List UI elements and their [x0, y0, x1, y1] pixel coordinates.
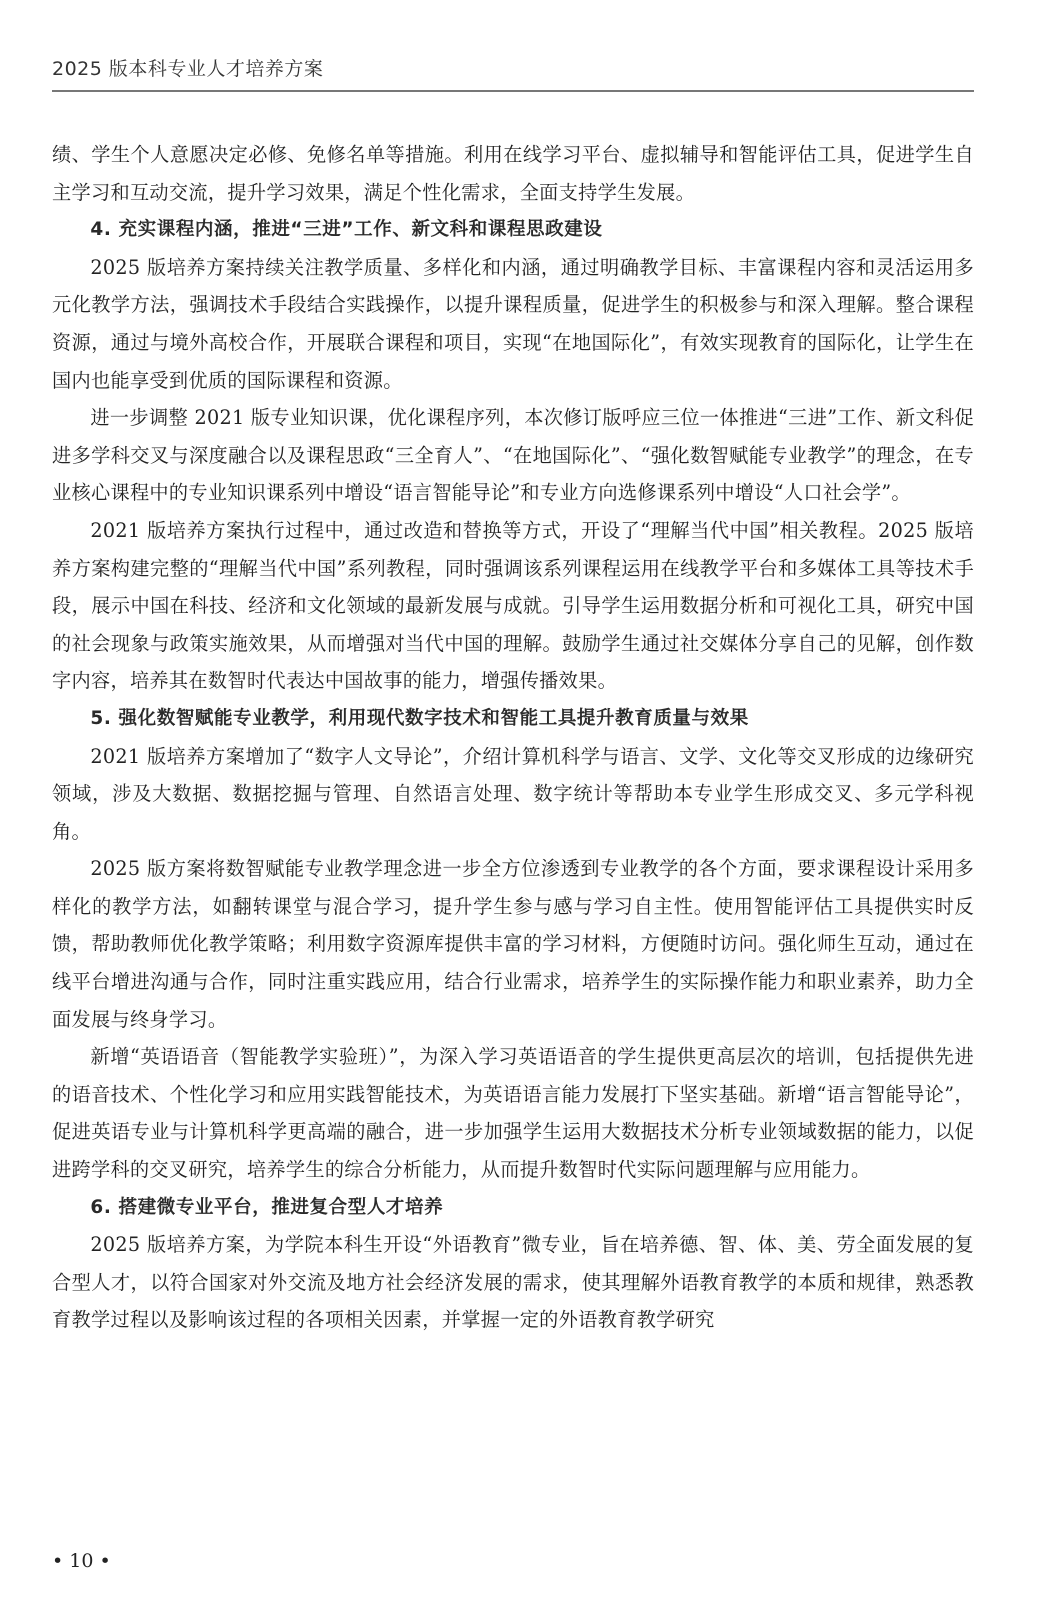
paragraph: 新增“英语语音（智能教学实验班）”，为深入学习英语语音的学生提供更高层次的培训，… [52, 1038, 974, 1188]
section-heading-5: 5. 强化数智赋能专业教学，利用现代数字技术和智能工具提升教育质量与效果 [52, 700, 974, 738]
paragraph: 2021 版培养方案执行过程中，通过改造和替换等方式，开设了“理解当代中国”相关… [52, 512, 974, 700]
paragraph: 2021 版培养方案增加了“数字人文导论”，介绍计算机科学与语言、文学、文化等交… [52, 738, 974, 851]
paragraph-continued: 绩、学生个人意愿决定必修、免修名单等措施。利用在线学习平台、虚拟辅导和智能评估工… [52, 136, 974, 211]
paragraph: 2025 版培养方案持续关注教学质量、多样化和内涵，通过明确教学目标、丰富课程内… [52, 249, 974, 399]
page-header: 2025 版本科专业人才培养方案 [52, 52, 974, 92]
section-heading-4: 4. 充实课程内涵，推进“三进”工作、新文科和课程思政建设 [52, 211, 974, 249]
running-title: 2025 版本科专业人才培养方案 [52, 52, 974, 86]
header-rule [52, 90, 974, 92]
paragraph: 2025 版培养方案，为学院本科生开设“外语教育”微专业，旨在培养德、智、体、美… [52, 1226, 974, 1339]
section-heading-6: 6. 搭建微专业平台，推进复合型人才培养 [52, 1189, 974, 1227]
page-number: • 10 • [52, 1550, 111, 1572]
paragraph: 2025 版方案将数智赋能专业教学理念进一步全方位渗透到专业教学的各个方面，要求… [52, 850, 974, 1038]
paragraph: 进一步调整 2021 版专业知识课，优化课程序列，本次修订版呼应三位一体推进“三… [52, 399, 974, 512]
body-text: 绩、学生个人意愿决定必修、免修名单等措施。利用在线学习平台、虚拟辅导和智能评估工… [52, 136, 974, 1339]
